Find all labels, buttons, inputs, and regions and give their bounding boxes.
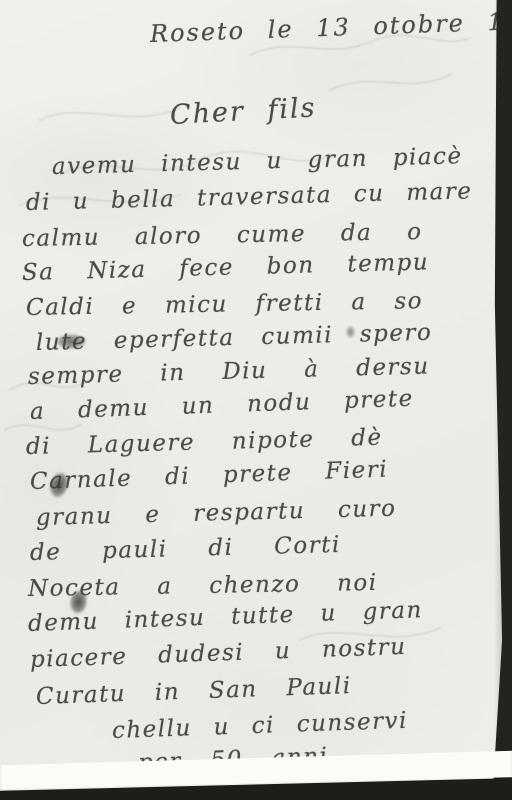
ink-smudge — [56, 334, 86, 349]
letter-date: Roseto le 13 otobre 1930 — [150, 6, 512, 48]
handwritten-line: granu e respartu curo — [36, 496, 397, 531]
handwritten-line: lute eperfetta cumii spero — [36, 320, 433, 356]
handwritten-line: piacere dudesi u nostru — [30, 634, 407, 673]
handwritten-line: avemu intesu u gran piacè — [52, 143, 463, 180]
handwritten-line: di u bella traversata cu mare — [26, 178, 473, 216]
letter-salutation: Cher fils — [169, 92, 317, 131]
ink-speck — [346, 326, 355, 338]
handwritten-line: sempre in Diu à dersu — [28, 353, 430, 390]
handwritten-line: de pauli di Corti — [30, 532, 341, 566]
handwritten-line: Sa Niza fece bon tempu — [22, 249, 430, 286]
handwritten-line: Curatu in San Pauli — [36, 673, 352, 710]
scanned-letter-page: Roseto le 13 otobre 1930 Cher fils avemu… — [0, 0, 512, 800]
handwritten-line: Carnale di prete Fieri — [30, 457, 389, 495]
handwritten-line: chellu u ci cunservi — [112, 708, 409, 744]
handwritten-line: Caldi e micu fretti a so — [26, 288, 424, 321]
handwritten-line: a demu un nodu prete — [30, 386, 415, 425]
handwritten-line: calmu aloro cume da o — [22, 219, 423, 252]
handwritten-line: di Laguere nipote dè — [26, 425, 383, 460]
